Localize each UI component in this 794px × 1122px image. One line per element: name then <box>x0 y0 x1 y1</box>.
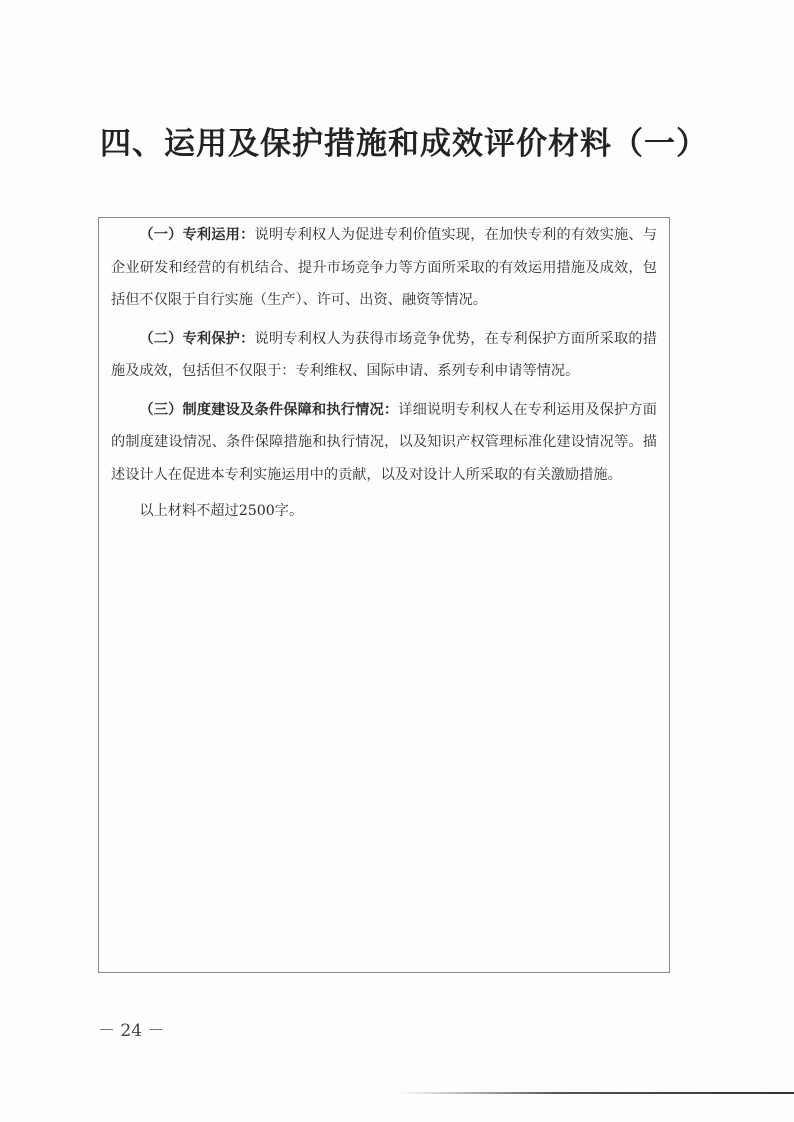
page-number: － 24 － <box>98 1016 164 1041</box>
content-body: （一）专利运用：说明专利权人为促进专利价值实现，在加快专利的有效实施、与企业研发… <box>111 218 657 528</box>
content-box: （一）专利运用：说明专利权人为促进专利价值实现，在加快专利的有效实施、与企业研发… <box>98 217 670 973</box>
section-patent-protection: （二）专利保护：说明专利权人为获得市场竞争优势，在专利保护方面所采取的措施及成效… <box>111 323 657 388</box>
section-heading: （一）专利运用： <box>139 227 254 243</box>
page-title: 四、运用及保护措施和成效评价材料（一） <box>100 118 720 163</box>
section-heading: （二）专利保护： <box>139 331 254 347</box>
word-limit-note: 以上材料不超过2500字。 <box>111 495 657 528</box>
section-heading: （三）制度建设及条件保障和执行情况： <box>139 402 398 418</box>
section-system-building: （三）制度建设及条件保障和执行情况：详细说明专利权人在专利运用及保护方面的制度建… <box>111 394 657 492</box>
section-patent-use: （一）专利运用：说明专利权人为促进专利价值实现，在加快专利的有效实施、与企业研发… <box>111 219 657 317</box>
bottom-rule <box>400 1092 794 1094</box>
